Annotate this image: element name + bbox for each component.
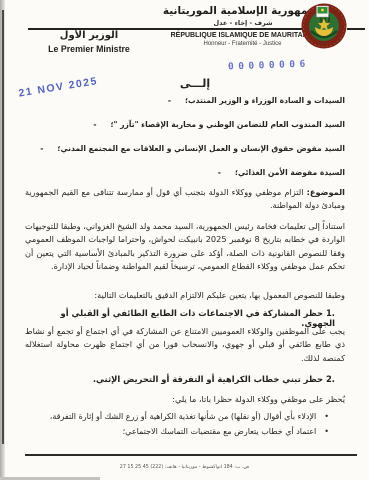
- bullet-text: اعتماد أي خطاب يتعارض مع مقتضيات التماسك…: [123, 424, 317, 439]
- section-title: حظر تبني خطاب الكراهية أو التفرقة أو الت…: [93, 374, 323, 384]
- subject-label: الموضوع:: [307, 187, 345, 197]
- header-divider-line-right: [347, 28, 365, 30]
- office-title-arabic: الوزير الأول: [38, 30, 140, 41]
- dash-marker: -: [218, 168, 221, 177]
- recipient-text: السيدات و السادة الوزراء و الوزير المنتد…: [185, 96, 345, 105]
- footer-divider-line: [25, 454, 357, 456]
- section-number: 2.: [326, 374, 335, 384]
- national-seal-icon: [300, 2, 348, 50]
- paragraph-section-2-lead: يُحظر على موظفي ووكلاء الدولة حظرا باتا،…: [25, 393, 345, 406]
- footer-contact-line: ص. ب: 184 انواكشوط - موريتانيا - هاتف: (…: [40, 465, 329, 470]
- subject-text: التزام موظفي ووكلاء الدولة بتجنب أي قول …: [25, 187, 345, 210]
- bullet-item: • الإدلاء بأي أقوال (أو نقلها) من شأنها …: [30, 409, 329, 424]
- recipient-item: السيدات و السادة الوزراء و الوزير المنتد…: [24, 96, 345, 120]
- dash-marker: -: [40, 144, 43, 153]
- subject-line: الموضوع: التزام موظفي ووكلاء الدولة بتجن…: [25, 186, 345, 213]
- bullet-text: الإدلاء بأي أقوال (أو نقلها) من شأنها تغ…: [50, 409, 316, 424]
- recipient-item: السيد مفوض حقوق الإنسان و العمل الإنساني…: [24, 144, 345, 168]
- section-heading-2: 2. حظر تبني خطاب الكراهية أو التفرقة أو …: [25, 374, 335, 384]
- bullet-marker: •: [324, 424, 329, 439]
- recipient-item: السيد المندوب العام للتضامن الوطني و محا…: [24, 120, 345, 144]
- serial-number-stamp: 00000006: [228, 59, 310, 73]
- bullet-item: • اعتماد أي خطاب يتعارض مع مقتضيات التما…: [30, 424, 329, 439]
- scanned-letter-page: الجمهورية الإسلامية الموريتانية شرف - إخ…: [0, 0, 369, 480]
- bullet-marker: •: [324, 409, 329, 424]
- scan-edge-line: [2, 10, 4, 444]
- paragraph-instructions-lead: وطبقا للنصوص المعمول بها، يتعين عليكم ال…: [25, 289, 345, 302]
- section-number: 1.: [326, 308, 335, 318]
- office-title-french: Le Premier Ministre: [30, 44, 148, 54]
- recipient-list: السيدات و السادة الوزراء و الوزير المنتد…: [24, 96, 345, 192]
- recipient-text: السيد المندوب العام للتضامن الوطني و محا…: [111, 120, 346, 129]
- recipient-text: السيدة مفوضة الأمن الغذائي؛: [235, 168, 345, 177]
- to-label: إلـــى: [160, 77, 230, 90]
- paragraph-intro: استناداً إلى تعليمات فخامة رئيس الجمهوري…: [25, 220, 345, 273]
- paragraph-section-1: يجب على الموظفين والوكلاء العموميين الام…: [25, 325, 345, 365]
- dash-marker: -: [93, 120, 96, 129]
- dash-marker: -: [168, 96, 171, 105]
- prohibition-bullet-list: • الإدلاء بأي أقوال (أو نقلها) من شأنها …: [30, 409, 329, 439]
- recipient-text: السيد مفوض حقوق الإنسان و العمل الإنساني…: [57, 144, 345, 153]
